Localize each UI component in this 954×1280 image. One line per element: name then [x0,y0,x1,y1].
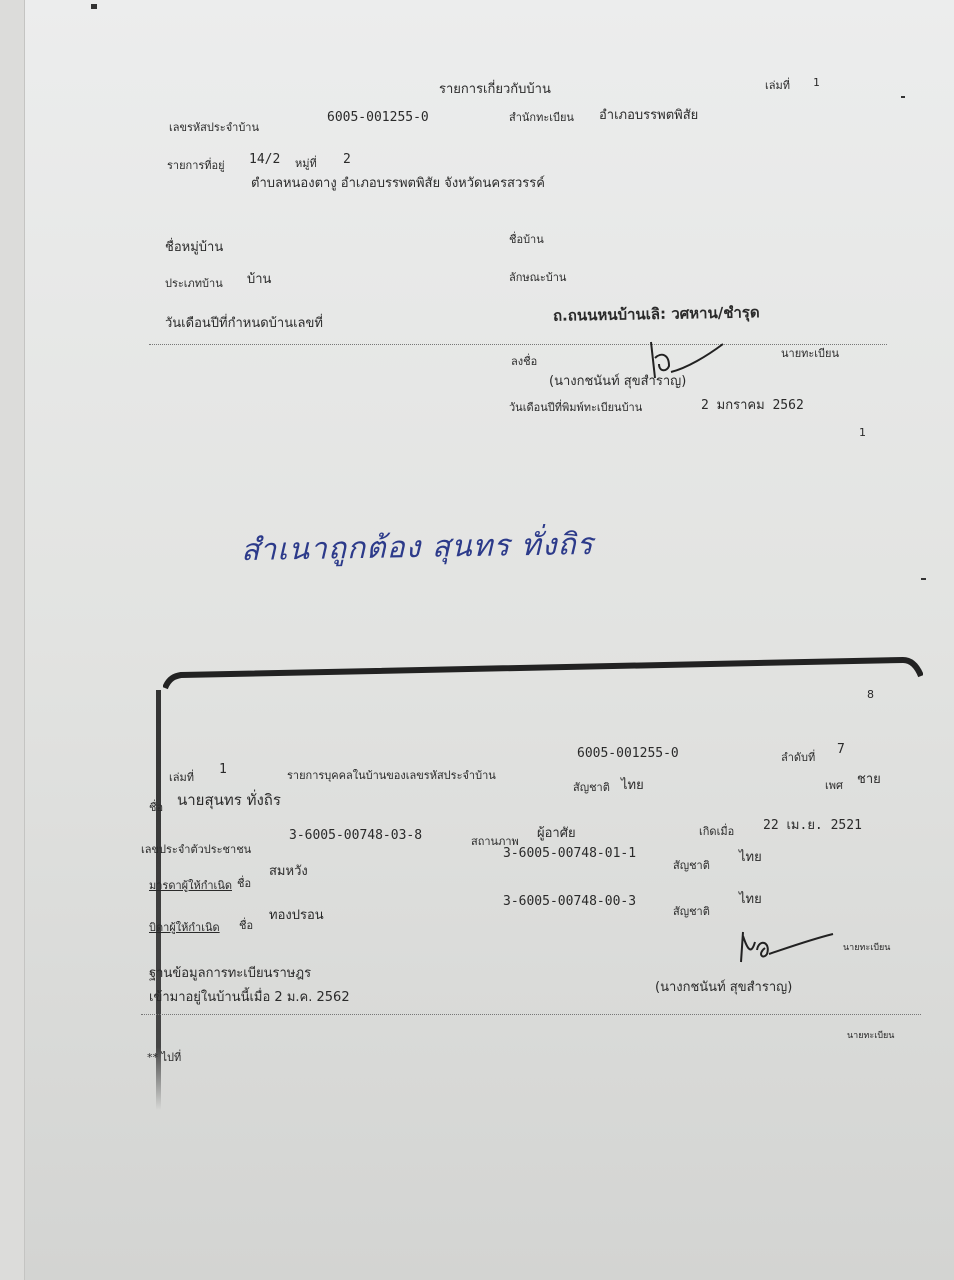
address-line-2: ตำบลหนองตางู อำเภอบรรพตพิสัย จังหวัดนครส… [251,172,545,193]
father-nationality: ไทย [739,888,762,909]
house-name-label: ชื่อบ้าน [509,230,544,248]
person-record-title: รายการบุคคลในบ้านของเลขรหัสประจำบ้าน [287,766,496,784]
registry-office: อำเภอบรรพตพิสัย [599,104,698,125]
order-label: ลำดับที่ [781,748,815,766]
born-date: 22 เม.ย. 2521 [763,814,862,835]
registrar-signature-2 [737,928,837,968]
house-type: บ้าน [247,268,271,289]
moo-value: 2 [343,152,351,167]
paper-speck [91,4,97,9]
address-number: 14/2 [249,152,280,167]
divider-dotted-2 [141,1014,921,1015]
house-record-title: รายการเกี่ยวกับบ้าน [439,78,551,99]
registrar-label-3: นายทะเบียน [847,1028,894,1042]
registrar-label-2: นายทะเบียน [843,940,890,954]
person-volume: 1 [219,762,227,777]
person-page-number: 8 [867,688,874,701]
registrar-label: นายทะเบียน [781,344,839,362]
print-date-label: วันเดือนปีที่พิมพ์ทะเบียนบ้าน [509,398,642,416]
volume-label: เล่มที่ [765,76,790,94]
assigned-date-label: วันเดือนปีที่กำหนดบ้านเลขที่ [165,312,323,333]
signed-label: ลงชื่อ [511,352,537,370]
person-registrar-name: (นางกชนันท์ สุขสำราญ) [655,976,792,997]
page-number: 1 [859,426,866,439]
name-label: ชื่อ [149,798,163,816]
stamp-text: ถ.ถนนหนบ้านเลิ: วศหาน/ชำรุด [553,300,760,328]
nationality: ไทย [621,774,644,795]
house-feature-label: ลักษณะบ้าน [509,268,566,286]
house-code: 6005-001255-0 [327,110,429,125]
status-value: ผู้อาศัย [537,822,576,843]
person-volume-label: เล่มที่ [169,768,194,786]
father-nationality-label: สัญชาติ [673,902,710,920]
moo-label: หมู่ที่ [295,154,317,172]
paper-speck [921,578,926,580]
id-label: เลขประจำตัวประชาชน [141,840,251,858]
registry-office-label: สำนักทะเบียน [509,108,574,126]
moved-to-label: ** ไปที่ [147,1048,181,1066]
mother-name-label: ชื่อ [237,874,251,892]
mother-nationality: ไทย [739,846,762,867]
print-date: 2 มกราคม 2562 [701,394,804,415]
house-registration-document: รายการเกี่ยวกับบ้าน เล่มที่ 1 เลขรหัสประ… [24,0,954,1280]
divider-dotted [149,344,887,345]
data-source-label: ฐานข้อมูลการทะเบียนราษฎร [149,962,311,983]
address-label: รายการที่อยู่ [167,156,225,174]
paper-speck [901,96,905,98]
registrar-name: (นางกชนันท์ สุขสำราญ) [549,370,686,391]
citizen-id: 3-6005-00748-03-8 [289,828,422,843]
mother-id: 3-6005-00748-01-1 [503,846,636,861]
father-name-label: ชื่อ [239,916,253,934]
house-type-label: ประเภทบ้าน [165,274,223,292]
mother-label: มารดาผู้ให้กำเนิด [149,876,232,894]
moved-in-date: เข้ามาอยู่ในบ้านนี้เมื่อ 2 ม.ค. 2562 [149,986,350,1007]
mother-nationality-label: สัญชาติ [673,856,710,874]
section-bracket-line [163,654,923,694]
handwritten-certification: สำเนาถูกต้อง สุนทร ทั่งถิร [241,521,595,574]
volume-value: 1 [813,76,820,89]
father-name: ทองปรอน [269,904,324,925]
person-name: นายสุนทร ทั่งถิร [177,788,281,812]
father-label: บิดาผู้ให้กำเนิด [149,918,220,936]
section-left-border [156,690,161,1110]
person-house-code: 6005-001255-0 [577,746,679,761]
nationality-label: สัญชาติ [573,778,610,796]
house-code-label: เลขรหัสประจำบ้าน [169,118,259,136]
order-value: 7 [837,742,845,757]
village-name-label: ชื่อหมู่บ้าน [165,236,223,257]
sex-label: เพศ [825,776,843,794]
sex: ชาย [857,768,881,789]
father-id: 3-6005-00748-00-3 [503,894,636,909]
mother-name: สมหวัง [269,860,308,881]
born-label: เกิดเมื่อ [699,822,734,840]
